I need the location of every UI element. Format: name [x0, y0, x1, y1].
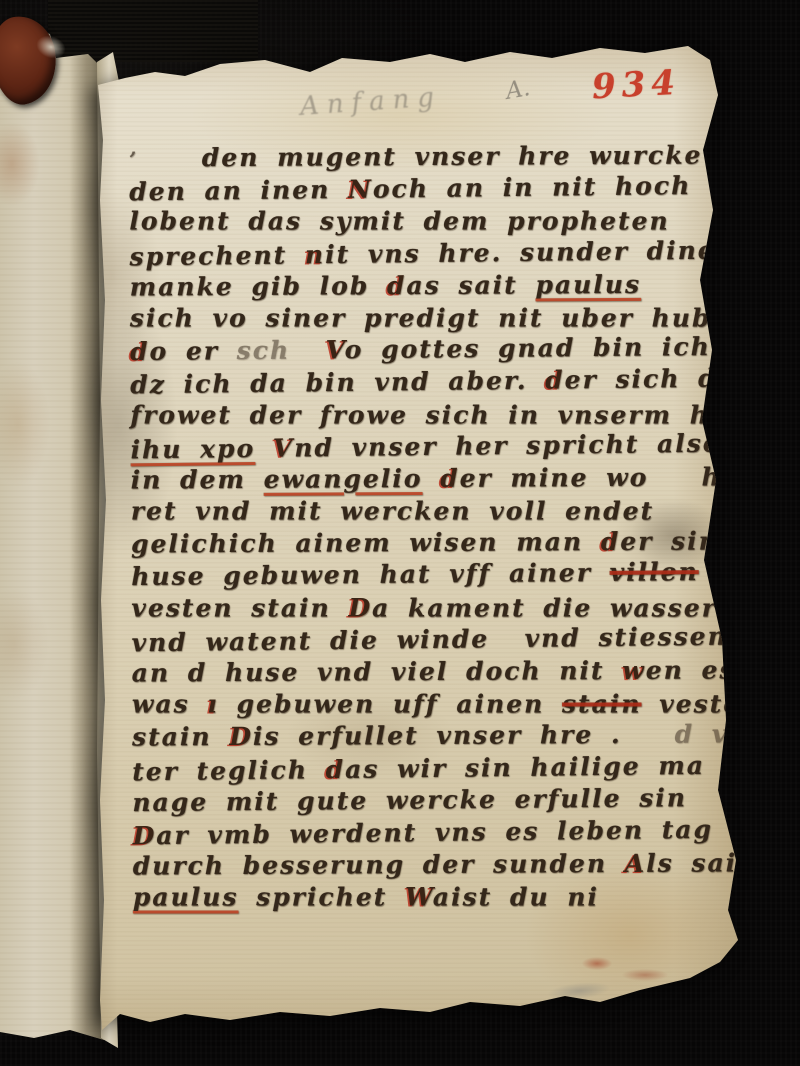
manuscript-line: ret vnd mit wercken voll endet: [131, 496, 723, 528]
red-underlined-word: ihu xpo: [130, 434, 255, 464]
ink-text: nage mit gute wercke erfulle sin: [132, 783, 687, 817]
ink-text: in dem: [131, 465, 264, 495]
ink-text: vnd watent die winde vnd stiessent: [131, 621, 741, 657]
ink-text: den an inen: [129, 175, 348, 206]
rubricated-letter: n: [305, 240, 326, 269]
manuscript-line: den an inen Noch an in nit hoch: [129, 170, 721, 209]
ink-text: d vat: [675, 720, 761, 749]
red-underlined-word: paulus: [535, 270, 641, 300]
stain: [582, 957, 612, 970]
rubricated-letter: d: [325, 755, 345, 784]
pencil-inscription: Anfang: [299, 82, 443, 122]
ink-text: huse gebuwen hat vff ainer: [131, 558, 610, 591]
manuscript-line: ʼ den mugent vnser hre wurcke es: [129, 139, 721, 174]
ink-text: [422, 464, 440, 493]
manuscript-line: durch besserung der sunden Als sait: [133, 848, 725, 883]
manuscript-line: frowet der frowe sich in vnserm herre: [130, 399, 722, 431]
ink-text: sich vo siner predigt nit uber hub: [130, 303, 712, 332]
ink-text: an d huse vnd viel doch nit: [132, 656, 623, 688]
ink-text: aist du ni: [433, 883, 599, 912]
rubricated-letter: D: [348, 593, 372, 622]
ink-text: was: [132, 690, 208, 719]
manuscript-line: stain Dis erfullet vnser hre . d vat: [132, 719, 724, 754]
red-struck-word: stain: [562, 690, 642, 719]
rubricated-letter: D: [229, 722, 253, 751]
manuscript-page: 934 Anfang A. ʼ den mugent vnser hre wur…: [70, 45, 748, 1045]
ink-text: en es: [646, 655, 736, 684]
ink-text: vesten: [642, 690, 762, 719]
margin-mark: ʼ: [129, 147, 202, 171]
ink-text: ar vmb werdent vns es leben tag: [156, 815, 713, 850]
ink-text: er sin: [620, 527, 719, 557]
ink-text: [290, 336, 326, 365]
ink-text: o er: [149, 336, 236, 366]
ink-text: durch besserung der sunden: [133, 849, 625, 881]
ink-text: nd vnser her spricht also: [294, 428, 722, 462]
ink-text: ret vnd mit wercken voll endet: [131, 497, 654, 526]
ink-text: gelichich ainem wisen man: [131, 527, 601, 558]
ink-text: gebuwen uff ainen: [219, 690, 562, 719]
red-underlined-word: paulus: [133, 883, 239, 912]
ink-text: den mugent vnser hre wurcke es: [202, 140, 754, 172]
manuscript-line: sich vo siner predigt nit uber hub: [130, 302, 722, 334]
manuscript-line: lobent das symit dem propheten: [129, 206, 721, 238]
ink-text: ls sait: [646, 848, 751, 878]
stain: [547, 980, 610, 1002]
manuscript-line: sprechent nit vns hre. sunder dinen: [129, 234, 721, 273]
manuscript-line: manke gib lob das sait paulus: [130, 268, 722, 303]
rubricated-letter: w: [622, 656, 646, 685]
rubricated-letter: d: [387, 271, 407, 300]
rubricated-letter: ı: [207, 690, 219, 719]
red-struck-word: villen: [610, 558, 699, 588]
rubricated-letter: D: [132, 821, 156, 850]
rubricated-letter: d: [545, 366, 565, 395]
ink-text: as sait: [406, 270, 535, 300]
ink-text: manke gib lob: [130, 271, 387, 301]
rubricated-letter: A: [625, 849, 647, 878]
ink-text: [255, 433, 273, 462]
ink-text: a kament die wasser: [372, 593, 717, 622]
manuscript-line: vnd watent die winde vnd stiessent: [131, 620, 723, 659]
manuscript-line: ihu xpo Vnd vnser her spricht also: [130, 427, 722, 466]
ink-text: stain: [132, 722, 229, 752]
rubricated-letter: d: [130, 337, 150, 366]
rubricated-letter: d: [601, 527, 621, 556]
rubricated-letter: V: [326, 335, 345, 364]
ink-text: sprechent: [129, 240, 305, 271]
ink-text: o gottes gnad bin ich: [345, 332, 711, 364]
ink-text: is erfullet vnser hre .: [253, 720, 675, 751]
manuscript-line: an d huse vnd viel doch nit wen es: [132, 654, 724, 689]
red-underlined-word: ewangelio: [264, 464, 423, 494]
manuscript-line: dz ich da bin vnd aber. der sich da: [130, 363, 722, 402]
ink-text: as wir sin hailige ma: [345, 750, 705, 783]
ink-text: lobent das symit dem propheten: [129, 207, 669, 236]
text-block: ʼ den mugent vnser hre wurcke esden an i…: [129, 139, 725, 915]
ink-text: ter teglich: [132, 755, 326, 786]
manuscript-line: in dem ewangelio der mine wo he: [131, 461, 723, 496]
ink-text: er mine wo he: [460, 462, 740, 492]
manuscript-line: nage mit gute wercke erfulle sin: [132, 782, 724, 819]
manuscript-line: huse gebuwen hat vff ainer villen: [131, 556, 723, 593]
stain: [622, 969, 668, 981]
rubricated-letter: V: [273, 433, 295, 462]
manuscript-line: Dar vmb werdent vns es leben tag: [132, 814, 724, 853]
ink-text: vesten stain: [131, 593, 348, 622]
page-shadow-wrap: 934 Anfang A. ʼ den mugent vnser hre wur…: [0, 0, 800, 1066]
manuscript-line: vesten stain Da kament die wasser: [131, 592, 723, 624]
rubricated-letter: N: [348, 175, 373, 204]
ink-text: sch: [237, 336, 291, 365]
ink-text: dz ich da bin vnd aber.: [130, 366, 545, 400]
manuscript-line: paulus sprichet Waist du ni: [133, 882, 725, 914]
ink-text: sprichet: [239, 883, 405, 912]
ink-text: er sich da: [565, 364, 736, 395]
ink-text: och an in nit hoch: [373, 171, 692, 204]
ink-text: frowet der frowe sich in vnserm herre: [130, 400, 776, 429]
rubricated-letter: d: [440, 464, 460, 493]
manuscript-line: was ı gebuwen uff ainen stain vesten: [132, 689, 724, 721]
pencil-mark: A.: [504, 75, 532, 105]
rubricated-letter: W: [405, 883, 433, 912]
ink-text: it vns hre. sunder dinen: [325, 235, 736, 269]
photo-backdrop: 934 Anfang A. ʼ den mugent vnser hre wur…: [0, 0, 800, 1066]
folio-number: 934: [591, 63, 682, 108]
